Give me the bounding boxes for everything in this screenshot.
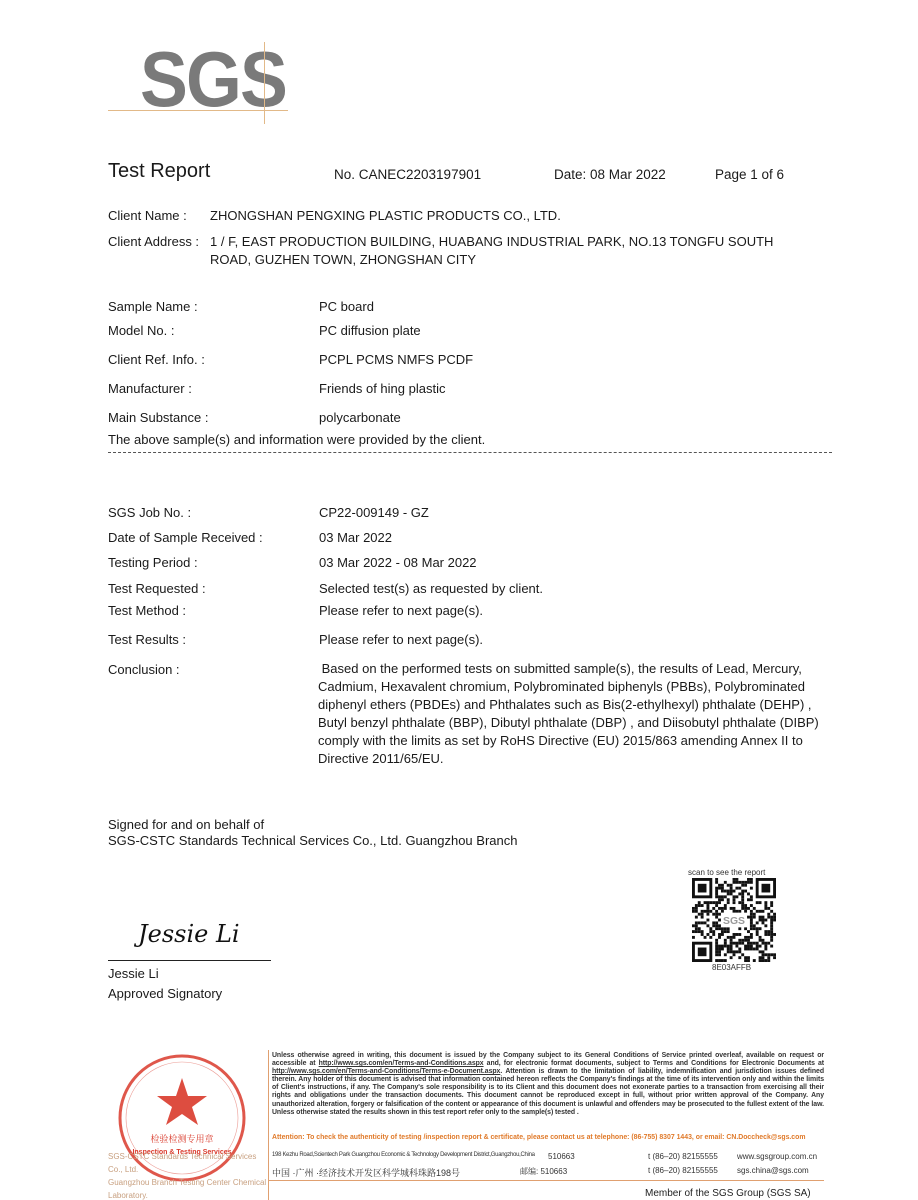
client-ref-label: Client Ref. Info. : [108,352,205,367]
logo-horizontal-rule [108,110,288,111]
zip-english: 510663 [548,1152,575,1161]
authenticity-notice: Attention: To check the authenticity of … [272,1134,824,1142]
model-no-label: Model No. : [108,323,174,338]
main-substance-value: polycarbonate [319,410,401,425]
terms-e-document-link[interactable]: http://www.sgs.com/en/Terms-and-Conditio… [272,1068,500,1075]
manufacturer-value: Friends of hing plastic [319,381,445,396]
qr-caption: scan to see the report [688,868,765,877]
qr-verification-code: 8E03AFFB [712,963,751,972]
report-title: Test Report [108,160,210,183]
report-date: Date: 08 Mar 2022 [554,167,666,182]
client-ref-value: PCPL PCMS NMFS PCDF [319,352,473,367]
conclusion-label: Conclusion : [108,662,180,677]
manufacturer-label: Manufacturer : [108,381,192,396]
member-statement: Member of the SGS Group (SGS SA) [645,1188,811,1199]
footer-vertical-rule [268,1050,269,1200]
test-results-label: Test Results : [108,632,186,647]
telephone-1: t (86–20) 82155555 [648,1152,718,1161]
model-no-value: PC diffusion plate [319,323,421,338]
address-chinese: 中国 ·广州 ·经济技术开发区科学城科珠路198号 [272,1166,460,1179]
testing-period-value: 03 Mar 2022 - 08 Mar 2022 [319,555,477,570]
signatory-role: Approved Signatory [108,986,222,1001]
stamp-company-text: SGS-CSTC Standards Technical Services Co… [108,1150,268,1200]
disclaimer-text-3: . Attention is drawn to the limitation o… [272,1068,824,1115]
disclaimer-text-2: and, for electronic format documents, su… [484,1060,824,1067]
svg-text:检验检测专用章: 检验检测专用章 [150,1133,213,1145]
job-no-label: SGS Job No. : [108,505,191,520]
signature-line [108,960,271,961]
main-substance-label: Main Substance : [108,410,208,425]
report-number: No. CANEC2203197901 [334,167,481,182]
test-method-label: Test Method : [108,603,186,618]
website-link[interactable]: www.sgsgroup.com.cn [737,1152,817,1161]
sample-provided-note: The above sample(s) and information were… [108,432,485,447]
test-requested-value: Selected test(s) as requested by client. [319,581,543,596]
qr-code-icon[interactable]: SGS [692,878,776,962]
test-results-value: Please refer to next page(s). [319,632,483,647]
footer-horizontal-rule [268,1180,824,1181]
signed-for-label: Signed for and on behalf of [108,817,264,832]
page-indicator: Page 1 of 6 [715,167,784,182]
sample-name-label: Sample Name : [108,299,198,314]
address-english: 198 Kezhu Road,Scientech Park Guangzhou … [272,1152,535,1158]
client-address-line1: 1 / F, EAST PRODUCTION BUILDING, HUABANG… [210,234,773,249]
telephone-2: t (86–20) 82155555 [648,1166,718,1175]
client-name: ZHONGSHAN PENGXING PLASTIC PRODUCTS CO.,… [210,208,561,223]
client-address-label: Client Address : [108,234,199,249]
test-requested-label: Test Requested : [108,581,206,596]
conclusion-text: Based on the performed tests on submitte… [318,660,838,768]
handwritten-signature: Jessie Li [138,920,240,948]
sample-name-value: PC board [319,299,374,314]
stamp-company-line2: Guangzhou Branch Testing Center Chemical… [108,1176,268,1200]
terms-conditions-link[interactable]: http://www.sgs.com/en/Terms-and-Conditio… [319,1060,484,1067]
date-received-value: 03 Mar 2022 [319,530,392,545]
client-name-label: Client Name : [108,208,187,223]
signatory-name: Jessie Li [108,966,159,981]
email-link[interactable]: sgs.china@sgs.com [737,1166,809,1175]
job-no-value: CP22-009149 - GZ [319,505,429,520]
testing-period-label: Testing Period : [108,555,198,570]
svg-text:SGS: SGS [723,916,745,927]
logo-vertical-rule [264,42,265,124]
zip-chinese: 邮编: 510663 [520,1166,567,1177]
test-method-value: Please refer to next page(s). [319,603,483,618]
stamp-company-line1: SGS-CSTC Standards Technical Services Co… [108,1150,268,1176]
signing-company: SGS-CSTC Standards Technical Services Co… [108,833,517,848]
legal-disclaimer: Unless otherwise agreed in writing, this… [272,1052,824,1117]
section-divider [108,452,832,453]
date-received-label: Date of Sample Received : [108,530,263,545]
client-address-line2: ROAD, GUZHEN TOWN, ZHONGSHAN CITY [210,252,476,267]
